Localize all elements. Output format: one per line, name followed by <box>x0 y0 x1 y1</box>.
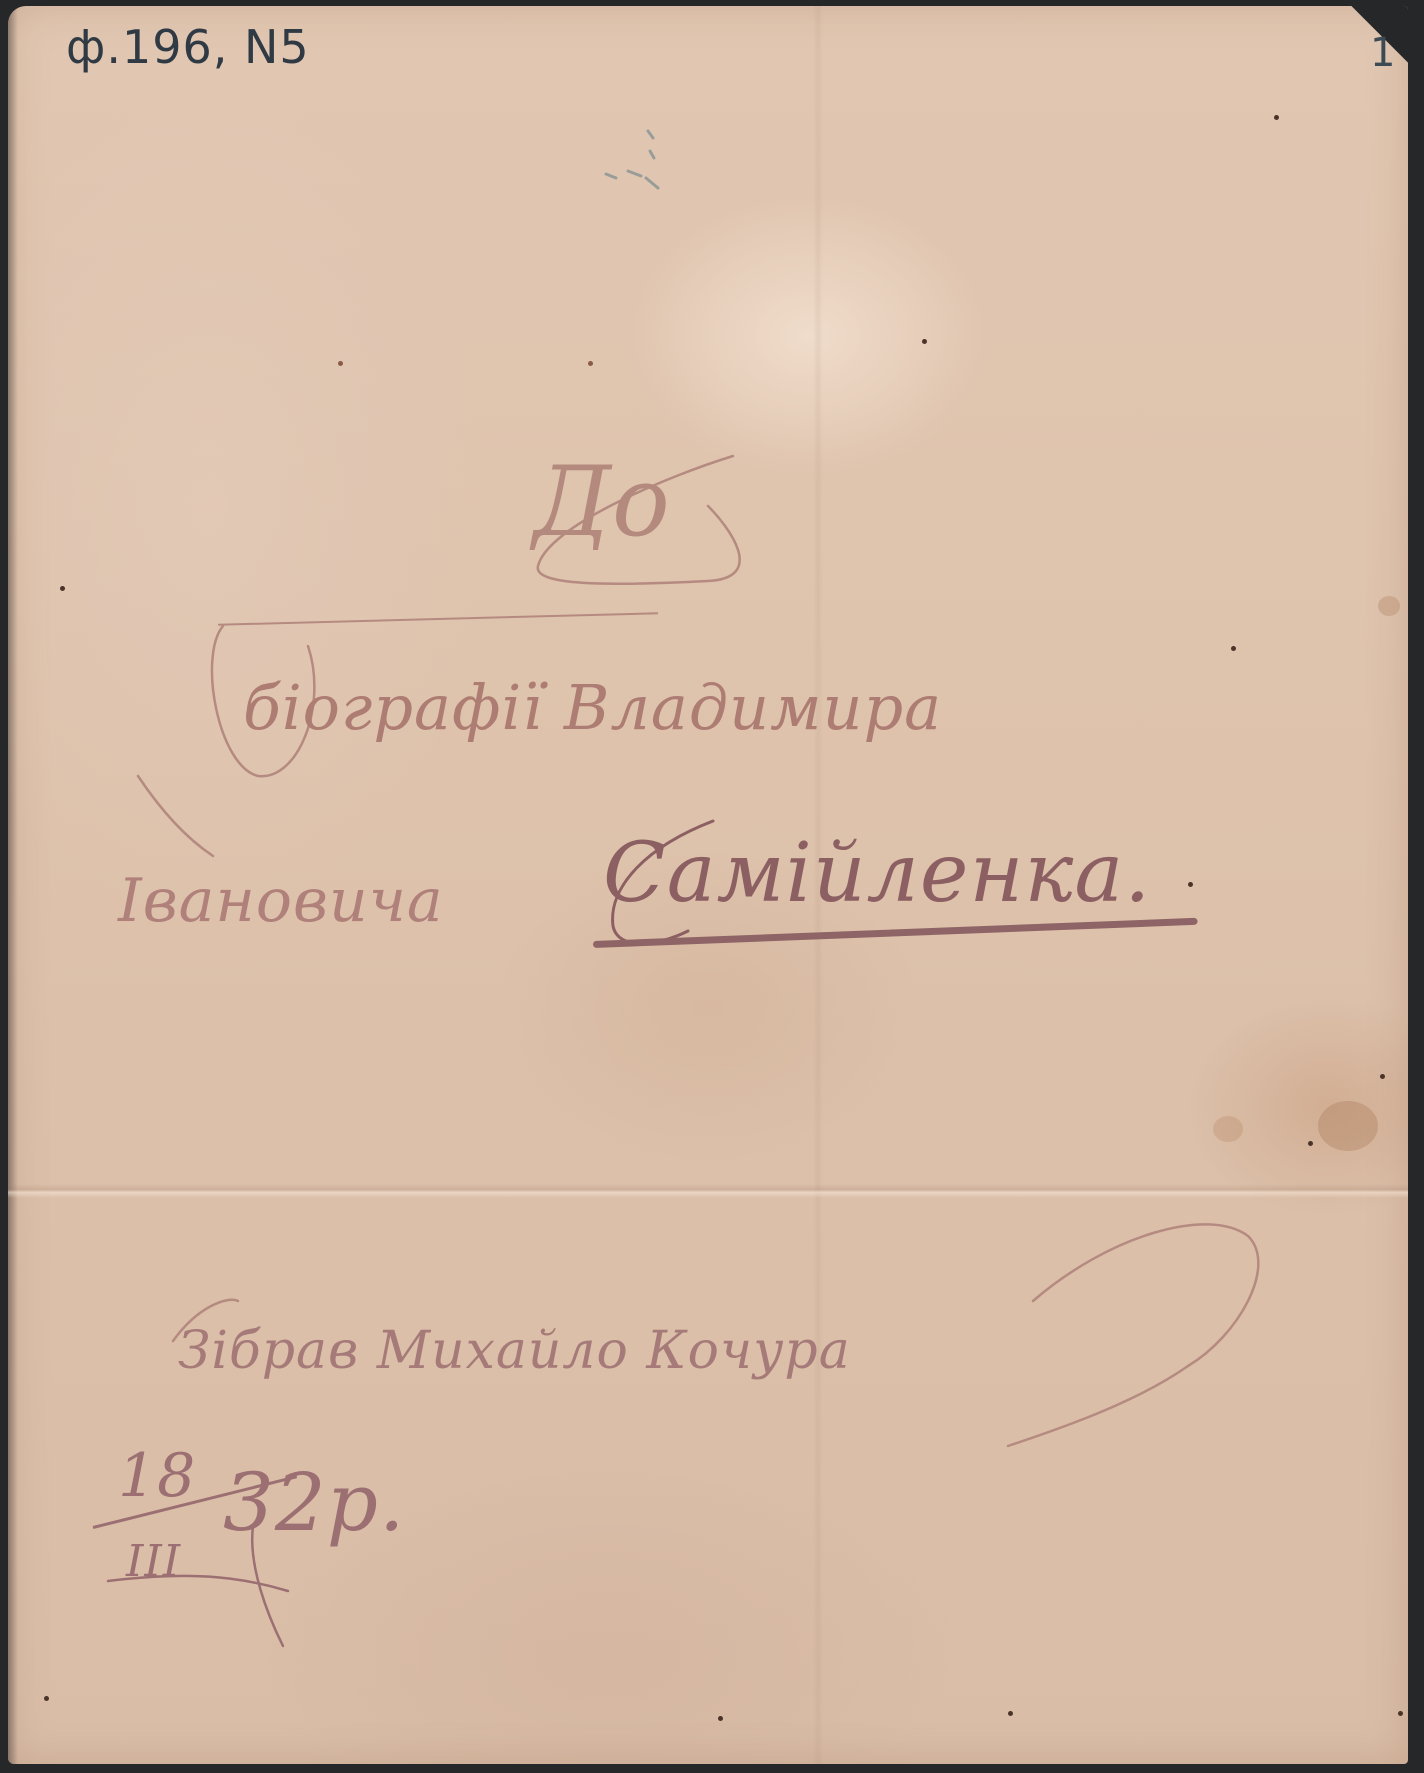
compiler-signature: Зібрав Михайло Кочура <box>178 1321 851 1381</box>
title-preposition: До <box>533 446 671 558</box>
date-day: 18 <box>118 1441 196 1511</box>
title-patronymic: Івановича <box>118 866 444 936</box>
scanned-page: ф.196, N5 1 До біографії Владимира Івано… <box>0 0 1424 1773</box>
date-month: III <box>126 1536 181 1587</box>
folio-number: 1 <box>1370 30 1395 76</box>
title-surname: Самійленка. <box>603 826 1151 921</box>
title-line-1: біографії Владимира <box>243 671 942 744</box>
archive-reference: ф.196, N5 <box>66 20 310 74</box>
date-year: 32р. <box>223 1456 405 1549</box>
paper-sheet: ф.196, N5 1 До біографії Владимира Івано… <box>8 6 1408 1764</box>
